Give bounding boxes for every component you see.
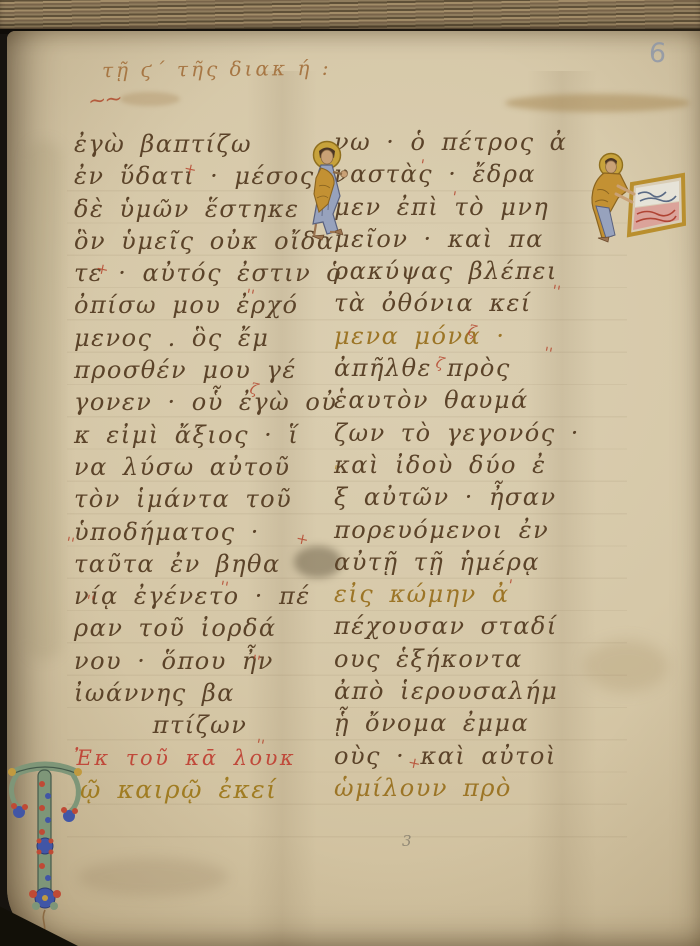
text-line: οὺς · καὶ αὐτοὶ [334, 740, 580, 772]
text-line: να λύσω αὐτοῦ [74, 451, 326, 483]
text-line: κ εἰμὶ ἄξιος · ἵ [74, 419, 326, 451]
text-line: ζων τὸ γεγονός · [334, 417, 580, 449]
quire-mark: 3 [402, 832, 412, 850]
text-line: μενος . ὃς ἔμ [74, 322, 326, 354]
text-line: πέχουσαν σταδί [334, 610, 580, 642]
text-line: μεν ἐπὶ τὸ μνη [334, 191, 580, 223]
text-line: ρακύψας βλέπει [334, 255, 580, 287]
text-line: τὸν ἱμάντα τοῦ [74, 483, 326, 515]
text-line: νίᾳ ἐγένετο · πέ [74, 580, 326, 612]
text-line: ὃν ὑμεῖς οὐκ οἴδα [74, 225, 326, 257]
text-line: δὲ ὑμῶν ἕστηκε [74, 193, 326, 225]
text-line: τὰ ὀθόνια κεί [334, 287, 580, 319]
miniature-peter-running [297, 136, 357, 248]
neume-mark: ~~ [87, 86, 122, 114]
text-line: ξ αὐτῶν · ἦσαν [334, 481, 580, 513]
text-line: ραν τοῦ ἰορδά [74, 612, 326, 644]
folio-number: 6 [648, 37, 667, 69]
text-line: καὶ ἰδοὺ δύο ἐ [334, 449, 580, 481]
text-line: νου · ὅπου ἦν [74, 645, 326, 677]
book-page-edges [0, 0, 700, 31]
gospel-rubric: Ἐκ τοῦ κᾱ λουκ [74, 742, 326, 774]
text-line: νω · ὁ πέτρος ἀ [334, 126, 580, 158]
text-line: πορευόμενοι ἐν [334, 514, 580, 546]
text-line: ἑαυτὸν θαυμά [334, 384, 580, 416]
text-line: ἐγὼ βαπτίζω [74, 128, 326, 160]
text-line: ὀπίσω μου ἐρχό [74, 289, 326, 321]
text-line: ἀπὸ ἱερουσαλήμ [334, 675, 580, 707]
text-line: ὑποδήματος · [74, 516, 326, 548]
text-line-centered: πτίζων [74, 709, 326, 741]
miniature-peter-at-tomb [582, 150, 688, 245]
text-line: ἐν ὕδατι · μέσος [74, 160, 326, 192]
text-line: αὐτῇ τῇ ἡμέρᾳ [334, 546, 580, 578]
text-line: μενα μόνα · [334, 320, 580, 352]
text-line: ναστὰς · ἔδρα [334, 158, 580, 190]
text-line: προσθέν μου γέ [74, 354, 326, 386]
text-line: ἰωάννης βα [74, 677, 326, 709]
text-line: ὡμίλουν πρὸ [334, 772, 580, 804]
text-line: τε · αὐτός ἐστιν ὁ [74, 257, 326, 289]
manuscript-photo: τῇ ϛ´ τῆς διακ ή : 6 3 ἐγὼ βαπτίζω ἐν ὕδ… [0, 0, 700, 946]
text-line: ταῦτα ἐν βηθα [74, 548, 326, 580]
left-text-column: ἐγὼ βαπτίζω ἐν ὕδατι · μέσος δὲ ὑμῶν ἕστ… [74, 128, 326, 806]
text-line: γονεν · οὗ ἐγὼ οὐ [74, 386, 326, 418]
text-line: ᾗ ὄνομα ἐμμα [334, 707, 580, 739]
ornamental-initial-tau [6, 744, 86, 940]
right-text-column: νω · ὁ πέτρος ἀ ναστὰς · ἔδρα μεν ἐπὶ τὸ… [334, 126, 580, 804]
text-line: μεῖον · καὶ πα [334, 223, 580, 255]
text-line: ους ἑξήκοντα [334, 643, 580, 675]
text-line: εἰς κώμην ἀ [334, 578, 580, 610]
incipit-line: ῷ καιρῷ ἐκεί [74, 774, 326, 806]
lection-day-heading: τῇ ϛ´ τῆς διακ ή : [102, 56, 332, 82]
